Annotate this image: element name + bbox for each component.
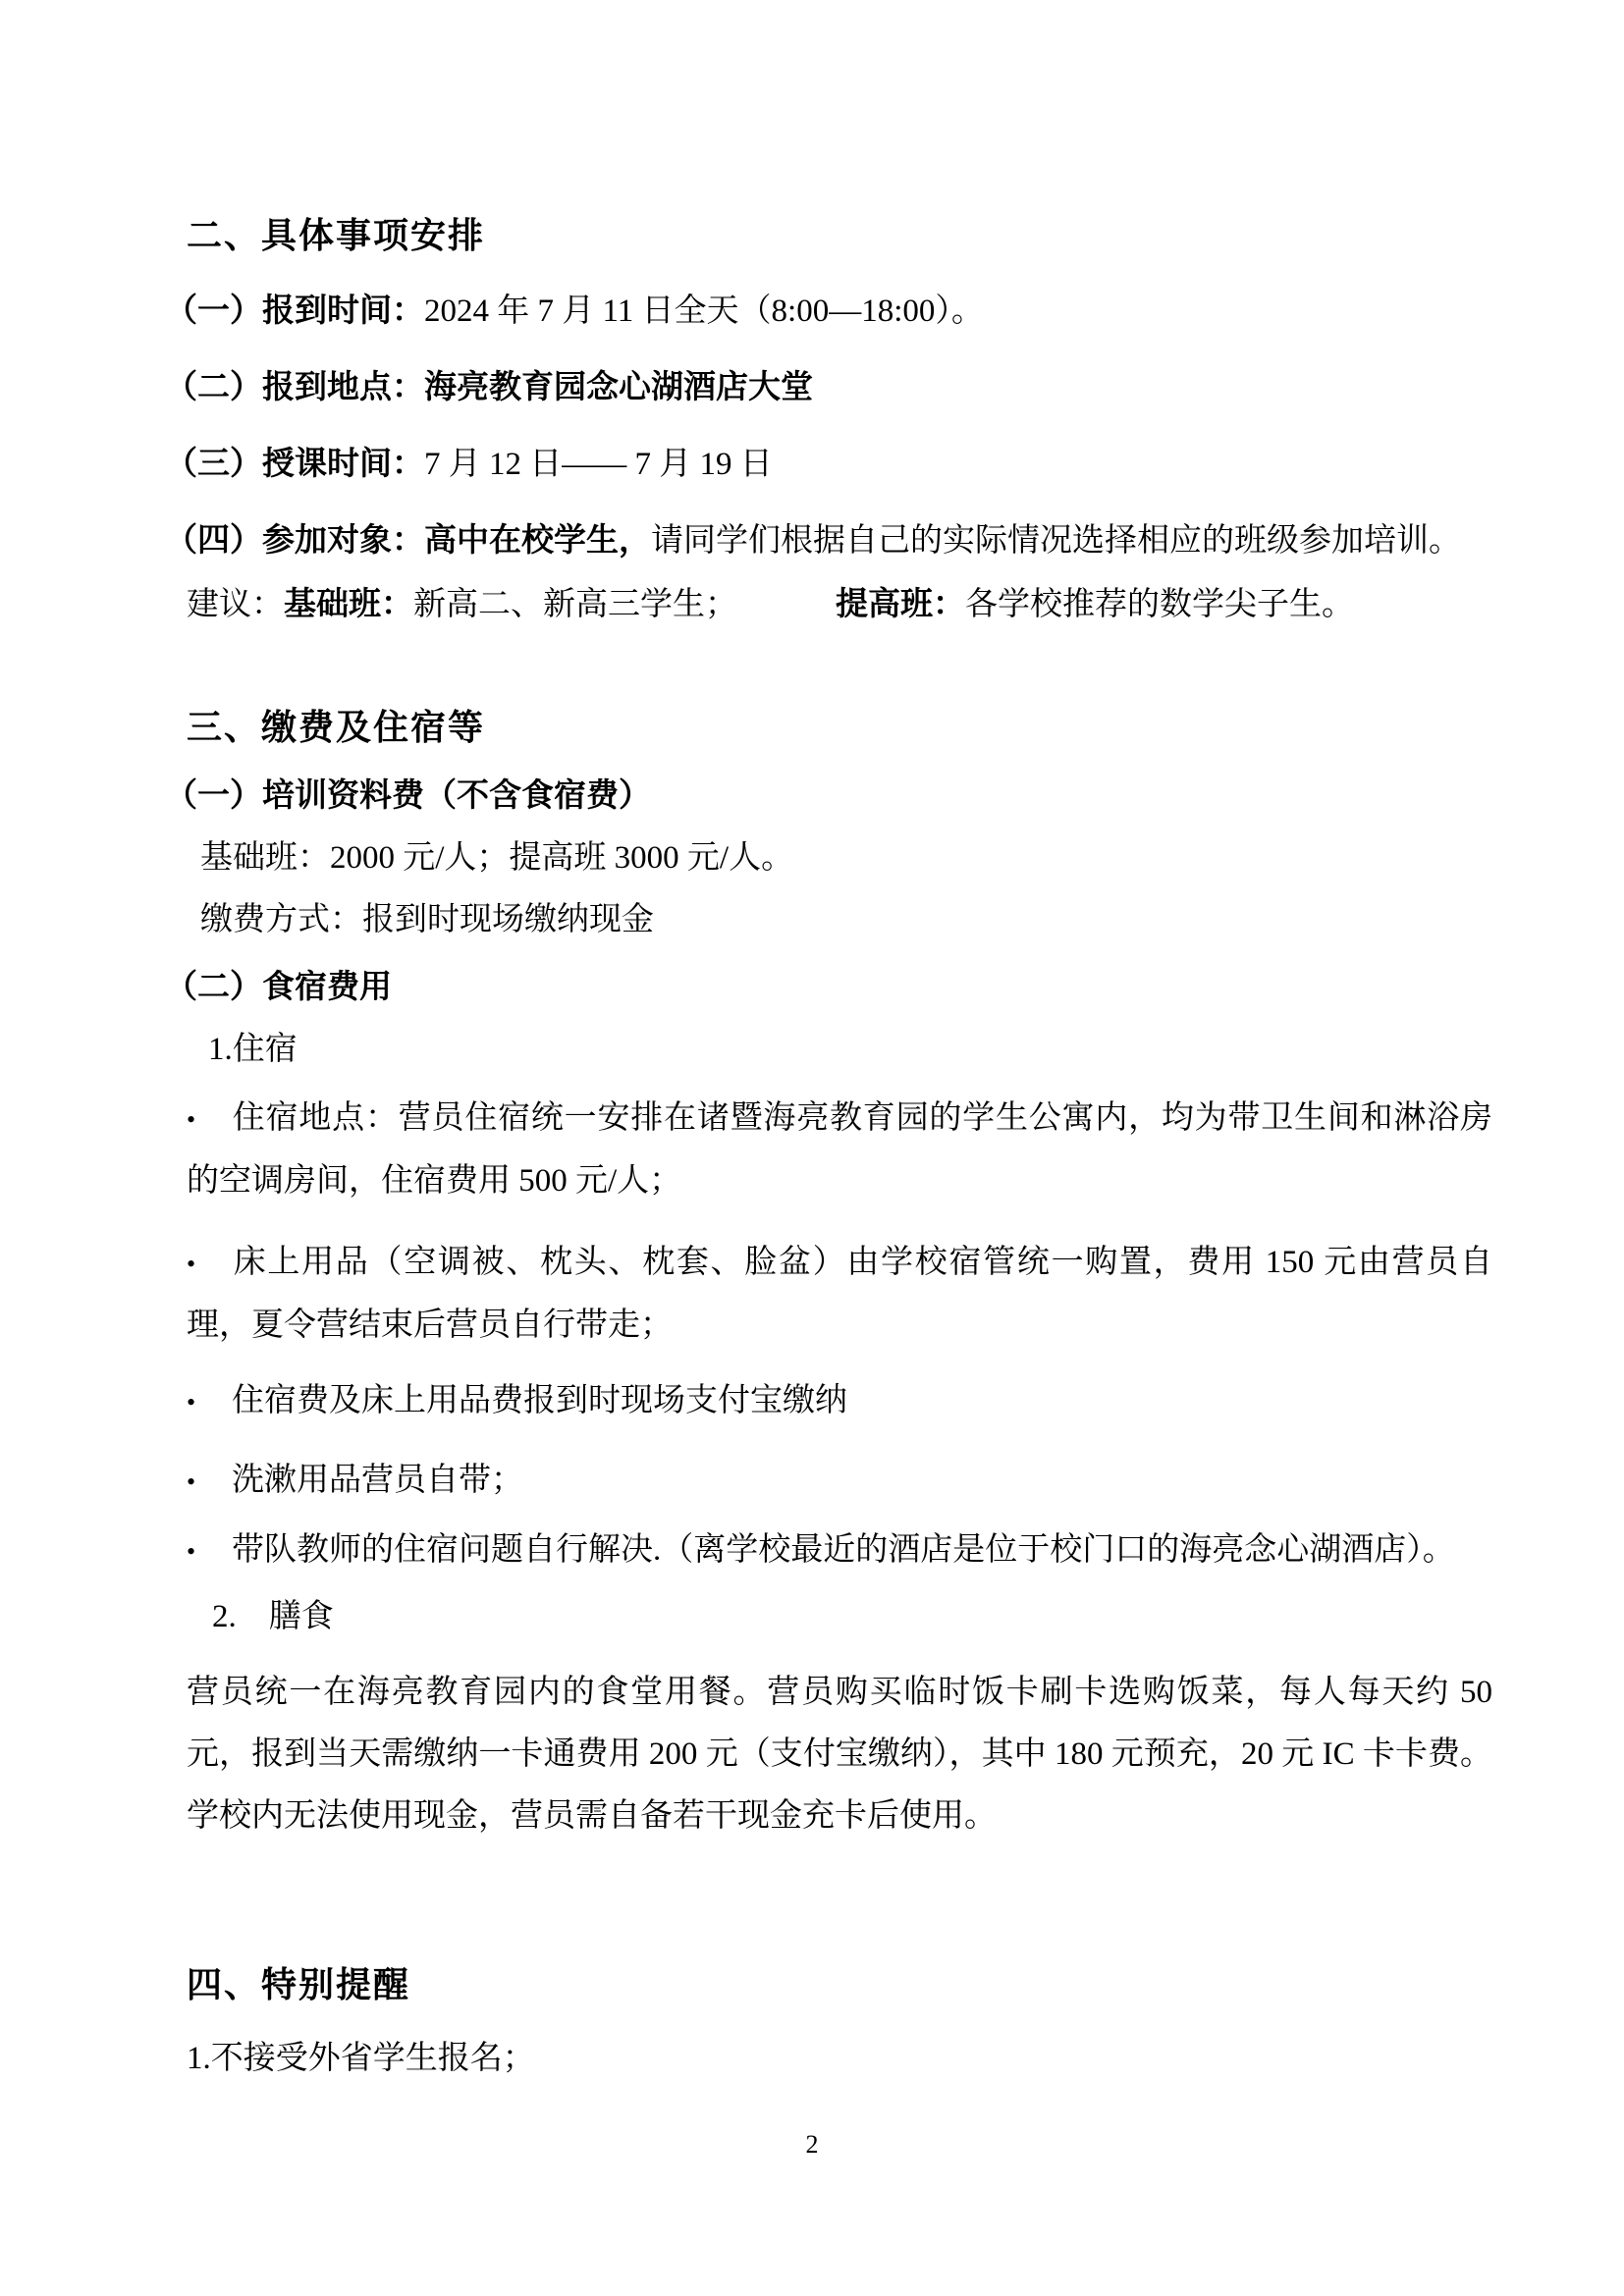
sub2-title: （二）食宿费用 bbox=[165, 955, 1492, 1017]
bullet-bedding-text: 床上用品（空调被、枕头、枕套、脸盆）由学校宿管统一购置，费用 150 元由营员自… bbox=[187, 1245, 1492, 1343]
item-participants-bold-value: 高中在校学生， bbox=[424, 521, 651, 558]
bullet-housing-place-text: 住宿地点：营员住宿统一安排在诸暨海亮教育园的学生公寓内，均为带卫生间和淋浴房的空… bbox=[187, 1100, 1492, 1199]
advice-basic-text: 新高二、新高三学生； bbox=[413, 587, 737, 622]
fee-line: 基础班：2000 元/人；提高班 3000 元/人。 bbox=[187, 828, 1492, 889]
item-participants: （四）参加对象：高中在校学生，请同学们根据自己的实际情况选择相应的班级参加培训。 bbox=[165, 508, 1492, 572]
bullet-payment-text: 住宿费及床上用品费报到时现场支付宝缴纳 bbox=[232, 1383, 847, 1418]
meals-paragraph: 营员统一在海亮教育园内的食堂用餐。营员购买临时饭卡刷卡选购饭菜，每人每天约 50… bbox=[187, 1662, 1492, 1847]
item-report-time-label: （一）报到时间： bbox=[165, 292, 424, 328]
bullet-toiletries-text: 洗漱用品营员自带； bbox=[232, 1463, 523, 1498]
bullet-icon: • bbox=[187, 1233, 232, 1295]
item-report-time: （一）报到时间：2024 年 7 月 11 日全天（8:00—18:00）。 bbox=[165, 279, 1492, 343]
item-report-time-value: 2024 年 7 月 11 日全天（8:00—18:00）。 bbox=[424, 294, 984, 329]
section4-title: 四、特别提醒 bbox=[187, 1961, 1492, 2008]
sub1-title: （一）培训资料费（不含食宿费） bbox=[165, 764, 1492, 826]
advice-advanced-label: 提高班： bbox=[836, 585, 965, 621]
notice-line: 1.不接受外省学生报名； bbox=[187, 2028, 1492, 2090]
bullet-icon: • bbox=[187, 1089, 232, 1150]
advice-basic-label: 基础班： bbox=[284, 585, 413, 621]
section2-title: 二、具体事项安排 bbox=[187, 212, 1492, 259]
advice-prefix: 建议： bbox=[187, 587, 284, 622]
housing-title: 1.住宿 bbox=[187, 1019, 1492, 1081]
item-report-place: （二）报到地点：海亮教育园念心湖酒店大堂 bbox=[165, 355, 1492, 419]
bullet-housing-place: •住宿地点：营员住宿统一安排在诸暨海亮教育园的学生公寓内，均为带卫生间和淋浴房的… bbox=[187, 1088, 1492, 1212]
bullet-payment: •住宿费及床上用品费报到时现场支付宝缴纳 bbox=[187, 1370, 1492, 1433]
item-participants-label: （四）参加对象： bbox=[165, 521, 424, 558]
bullet-icon: • bbox=[187, 1521, 232, 1582]
bullet-toiletries: •洗漱用品营员自带； bbox=[187, 1450, 1492, 1513]
page-number: 2 bbox=[0, 2130, 1624, 2160]
item-report-place-label: （二）报到地点： bbox=[165, 368, 424, 404]
bullet-icon: • bbox=[187, 1371, 232, 1433]
bullet-icon: • bbox=[187, 1451, 232, 1513]
bullet-teachers: •带队教师的住宿问题自行解决.（离学校最近的酒店是位于校门口的海亮念心湖酒店）。 bbox=[187, 1520, 1492, 1582]
pay-line: 缴费方式：报到时现场缴纳现金 bbox=[187, 889, 1492, 951]
document-page: 二、具体事项安排 （一）报到时间：2024 年 7 月 11 日全天（8:00—… bbox=[0, 0, 1624, 2296]
item-report-place-value: 海亮教育园念心湖酒店大堂 bbox=[424, 368, 813, 404]
advice-line: 建议：基础班：新高二、新高三学生；提高班：各学校推荐的数学尖子生。 bbox=[187, 572, 1492, 636]
section3-title: 三、缴费及住宿等 bbox=[187, 704, 1492, 751]
item-class-time-value: 7 月 12 日—— 7 月 19 日 bbox=[424, 447, 773, 482]
item-class-time: （三）授课时间：7 月 12 日—— 7 月 19 日 bbox=[165, 432, 1492, 496]
bullet-bedding: •床上用品（空调被、枕头、枕套、脸盆）由学校宿管统一购置，费用 150 元由营员… bbox=[187, 1232, 1492, 1357]
item-participants-value: 请同学们根据自己的实际情况选择相应的班级参加培训。 bbox=[651, 523, 1461, 559]
meals-title: 2. 膳食 bbox=[187, 1586, 1492, 1648]
advice-advanced-text: 各学校推荐的数学尖子生。 bbox=[965, 587, 1354, 622]
bullet-teachers-text: 带队教师的住宿问题自行解决.（离学校最近的酒店是位于校门口的海亮念心湖酒店）。 bbox=[232, 1532, 1455, 1568]
item-class-time-label: （三）授课时间： bbox=[165, 445, 424, 481]
